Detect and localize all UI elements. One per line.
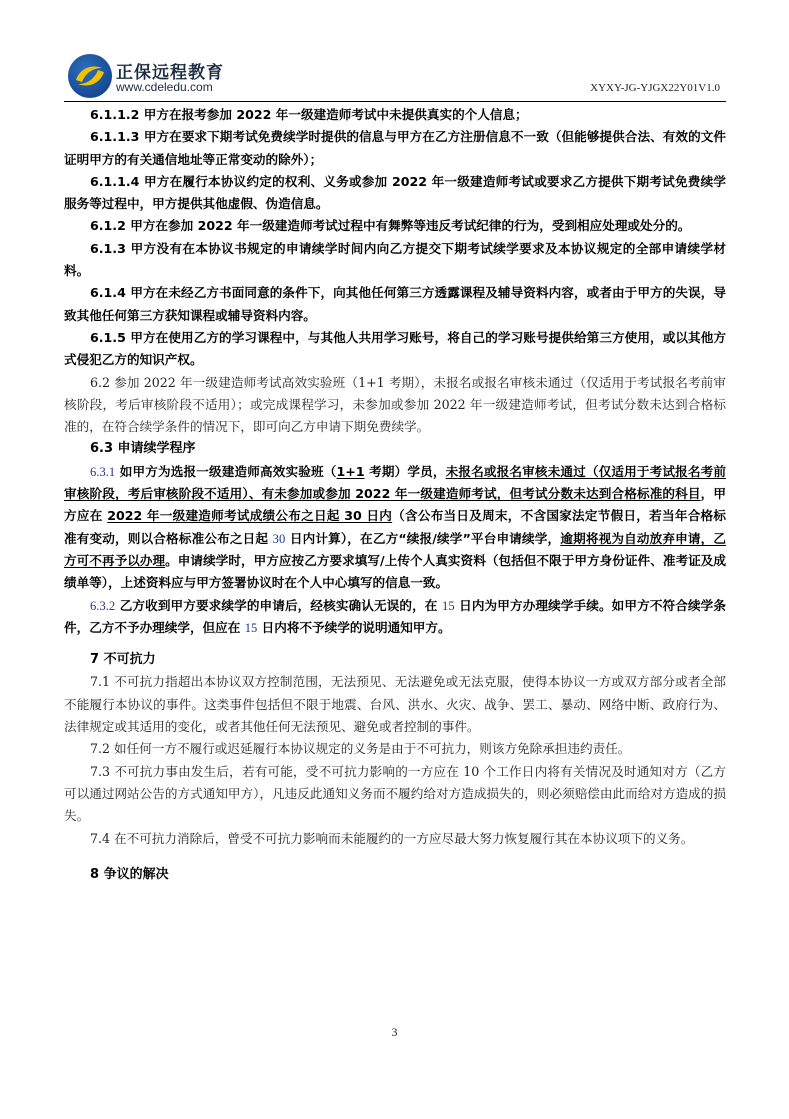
clause-6-2: 6.2 参加 2022 年一级建造师考试高效实验班（1+1 考期），未报名或报名…	[64, 372, 726, 439]
clause-6-1-5: 6.1.5 甲方在使用乙方的学习课程中，与其他人共用学习账号，将自己的学习账号提…	[64, 327, 726, 372]
clause-number: 6.3.1	[90, 465, 115, 479]
header-divider	[64, 101, 726, 102]
clause-6-1-4: 6.1.4 甲方在未经乙方书面同意的条件下，向其他任何第三方透露课程及辅导资料内…	[64, 282, 726, 327]
clause-7-3: 7.3 不可抗力事由发生后，若有可能，受不可抗力影响的一方应在 10 个工作日内…	[64, 761, 726, 828]
clause-6-1-3: 6.1.3 甲方没有在本协议书规定的申请续学时间内向乙方提交下期考试续学要求及本…	[64, 238, 726, 283]
clause-6-1-1-3: 6.1.1.3 甲方在要求下期考试免费续学时提供的信息与甲方在乙方注册信息不一致…	[64, 126, 726, 171]
clause-7-2: 7.2 如任何一方不履行或迟延履行本协议规定的义务是由于不可抗力，则该方免除承担…	[64, 738, 726, 760]
clause-6-1-1-4: 6.1.1.4 甲方在履行本协议约定的权利、义务或参加 2022 年一级建造师考…	[64, 171, 726, 216]
page-header: 正保远程教育 www.cdeledu.com XYXY-JG-YJGX22Y01…	[64, 52, 726, 102]
document-body: 6.1.1.2 甲方在报考参加 2022 年一级建造师考试中未提供真实的个人信息…	[64, 104, 726, 886]
clause-6-3-2: 6.3.2 乙方收到甲方要求续学的申请后，经核实确认无误的，在 15 日内为甲方…	[64, 595, 726, 640]
section-heading-8: 8 争议的解决	[64, 864, 726, 886]
section-heading-7: 7 不可抗力	[64, 649, 726, 671]
document-page: 正保远程教育 www.cdeledu.com XYXY-JG-YJGX22Y01…	[0, 0, 789, 1119]
clause-7-4: 7.4 在不可抗力消除后，曾受不可抗力影响而未能履约的一方应尽最大努力恢复履行其…	[64, 828, 726, 850]
document-code: XYXY-JG-YJGX22Y01V1.0	[590, 82, 720, 94]
clause-6-3-1: 6.3.1 如甲方为选报一级建造师高效实验班（1+1 考期）学员，未报名或报名审…	[64, 461, 726, 595]
company-logo-icon	[68, 54, 112, 98]
clause-6-1-2: 6.1.2 甲方在参加 2022 年一级建造师考试过程中有舞弊等违反考试纪律的行…	[64, 215, 726, 237]
spacer	[64, 639, 726, 649]
section-heading-6-3: 6.3 申请续学程序	[64, 438, 726, 460]
underlined-deadline: 2022 年一级建造师考试成绩公布之日起 30 日内	[107, 508, 392, 523]
page-number: 3	[0, 1025, 789, 1040]
clause-7-1: 7.1 不可抗力指超出本协议双方控制范围，无法预见、无法避免或无法克服，使得本协…	[64, 671, 726, 738]
clause-6-1-1-2: 6.1.1.2 甲方在报考参加 2022 年一级建造师考试中未提供真实的个人信息…	[64, 104, 726, 126]
brand-url: www.cdeledu.com	[116, 80, 213, 94]
clause-number: 6.3.2	[90, 599, 115, 613]
spacer	[64, 850, 726, 864]
